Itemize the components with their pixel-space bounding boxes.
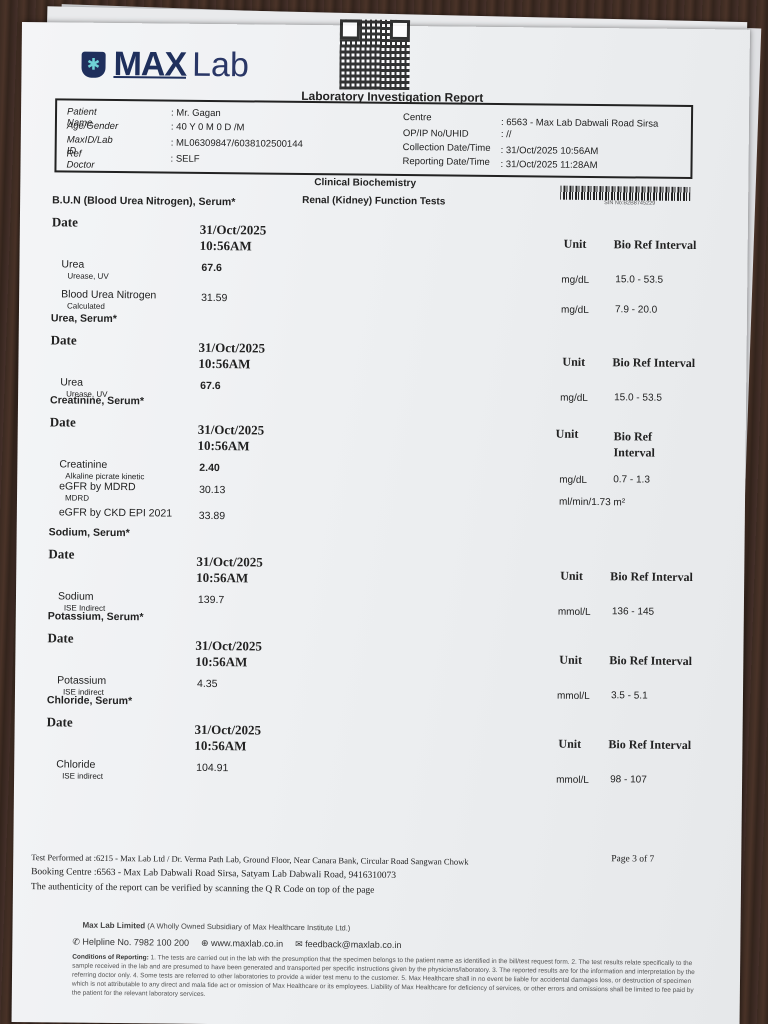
- parameter-name: Urea: [61, 258, 84, 270]
- max-lab-logo: ✱ MAX Lab: [81, 45, 249, 86]
- time-value: 10:56AM: [194, 738, 246, 755]
- ref-doctor: : SELF: [171, 154, 200, 165]
- qr-code-icon: [339, 19, 410, 90]
- parameter-name: eGFR by MDRD: [59, 480, 136, 493]
- label: Age/Gender: [67, 120, 118, 132]
- time-value: 10:56AM: [200, 238, 252, 255]
- unit-header: Unit: [562, 354, 585, 370]
- unit-header: Unit: [556, 426, 579, 442]
- reference-range: 0.7 - 1.3: [613, 474, 650, 485]
- ref-header: Interval: [613, 444, 654, 460]
- lab-report-page: ✱ MAX Lab Laboratory Investigation Repor…: [12, 22, 750, 1024]
- unit-header: Unit: [559, 652, 582, 668]
- logo-max-text: MAX: [113, 45, 186, 85]
- time-value: 10:56AM: [198, 356, 250, 373]
- unit-value: ml/min/1.73 m²: [559, 496, 629, 510]
- barcode-icon: [560, 186, 690, 201]
- reference-range: 136 - 145: [612, 606, 654, 617]
- unit-header: Unit: [558, 736, 581, 752]
- test-title: Sodium, Serum*: [49, 526, 130, 539]
- result-value: 67.6: [201, 262, 222, 274]
- reference-range: 15.0 - 53.5: [615, 274, 663, 286]
- ref-header: Bio Ref Interval: [614, 236, 697, 253]
- method-name: Urease, UV: [67, 271, 108, 280]
- method-name: MDRD: [65, 493, 89, 502]
- test-title: Potassium, Serum*: [48, 610, 144, 623]
- date-label: Date: [51, 332, 77, 348]
- patient-name: : Mr. Gagan: [171, 108, 221, 120]
- date-value: 31/Oct/2025: [198, 422, 265, 439]
- label: Collection Date/Time: [403, 142, 491, 154]
- patient-info-box: Patient Name : Mr. Gagan Age/Gender : 40…: [54, 98, 693, 179]
- time-value: 10:56AM: [195, 654, 247, 671]
- result-value: 33.89: [199, 510, 225, 522]
- contact-line: ✆ Helpline No. 7982 100 200 ⊕ www.maxlab…: [72, 937, 401, 951]
- date-value: 31/Oct/2025: [195, 722, 262, 739]
- parameter-name: Chloride: [56, 758, 95, 770]
- conditions-of-reporting: Conditions of Reporting: 1. The tests ar…: [72, 953, 702, 1005]
- uhid: : //: [501, 129, 512, 140]
- parameter-name: Creatinine: [59, 458, 107, 471]
- conditions-label: Conditions of Reporting:: [72, 954, 149, 962]
- parameter-name: Sodium: [58, 590, 94, 602]
- method-name: ISE indirect: [62, 771, 103, 780]
- ref-header: Bio Ref Interval: [612, 354, 695, 371]
- centre: : 6563 - Max Lab Dabwali Road Sirsa: [501, 117, 658, 130]
- test-title: Chloride, Serum*: [47, 694, 132, 707]
- ref-header: Bio Ref Interval: [609, 652, 692, 669]
- parameter-name: eGFR by CKD EPI 2021: [59, 506, 172, 519]
- ref-header: Bio Ref: [614, 428, 652, 444]
- parameter-name: Blood Urea Nitrogen: [61, 288, 156, 301]
- department-heading: Clinical Biochemistry: [314, 177, 416, 189]
- sin-number: SIN No:B2B8745229: [604, 200, 655, 207]
- label: OP/IP No/UHID: [403, 128, 469, 140]
- mail-icon: ✉: [295, 939, 303, 949]
- date-label: Date: [48, 546, 74, 562]
- date-value: 31/Oct/2025: [199, 340, 266, 357]
- website-url: www.maxlab.co.in: [211, 938, 283, 949]
- time-value: 10:56AM: [197, 438, 249, 455]
- conditions-text: 1. The tests are carried out in the lab …: [72, 954, 695, 998]
- ref-header: Bio Ref Interval: [608, 736, 691, 753]
- reference-range: 15.0 - 53.5: [614, 392, 662, 404]
- lab-id: : ML06309847/6038102500144: [171, 138, 303, 150]
- email-address: feedback@maxlab.co.in: [305, 939, 401, 950]
- time-value: 10:56AM: [196, 570, 248, 587]
- panel-heading: Renal (Kidney) Function Tests: [302, 195, 445, 207]
- date-label: Date: [52, 214, 78, 230]
- result-value: 30.13: [199, 484, 225, 496]
- helpline-number: Helpline No. 7982 100 200: [82, 937, 189, 948]
- date-label: Date: [50, 414, 76, 430]
- date-label: Date: [47, 714, 73, 730]
- helpline: ✆ Helpline No. 7982 100 200: [72, 937, 189, 949]
- reference-range: 3.5 - 5.1: [611, 690, 648, 701]
- report-footer: Test Performed at :6215 - Max Lab Ltd / …: [31, 850, 469, 900]
- globe-icon: ⊕: [201, 938, 209, 948]
- collection-datetime: : 31/Oct/2025 10:56AM: [501, 145, 599, 157]
- test-title: Creatinine, Serum*: [50, 394, 144, 407]
- ref-header: Bio Ref Interval: [610, 568, 693, 585]
- result-value: 67.6: [200, 380, 221, 392]
- result-value: 139.7: [198, 594, 224, 606]
- star-shield-icon: ✱: [81, 51, 105, 77]
- result-value: 31.59: [201, 292, 227, 304]
- unit-header: Unit: [560, 568, 583, 584]
- company-sub: (A Wholly Owned Subsidiary of Max Health…: [147, 921, 350, 932]
- date-value: 31/Oct/2025: [195, 638, 262, 655]
- date-value: 31/Oct/2025: [196, 554, 263, 571]
- label: Reporting Date/Time: [403, 156, 490, 168]
- result-value: 104.91: [196, 762, 228, 774]
- parameter-name: Urea: [60, 376, 83, 388]
- test-title: Urea, Serum*: [51, 312, 117, 325]
- company-name: Max Lab Limited: [82, 921, 145, 931]
- result-value: 2.40: [199, 462, 220, 474]
- reference-range: 7.9 - 20.0: [615, 304, 657, 315]
- label: Centre: [403, 112, 432, 123]
- method-name: Calculated: [67, 301, 105, 310]
- parameter-name: Potassium: [57, 674, 106, 687]
- test-title: B.U.N (Blood Urea Nitrogen), Serum*: [52, 194, 235, 208]
- reporting-datetime: : 31/Oct/2025 11:28AM: [500, 159, 597, 171]
- website: ⊕ www.maxlab.co.in: [201, 938, 283, 950]
- phone-icon: ✆: [72, 937, 80, 947]
- label: Ref Doctor: [66, 148, 94, 170]
- unit-header: Unit: [564, 236, 587, 252]
- result-value: 4.35: [197, 678, 218, 690]
- logo-lab-text: Lab: [192, 46, 249, 86]
- authenticity-note: The authenticity of the report can be ve…: [31, 880, 468, 900]
- date-value: 31/Oct/2025: [200, 222, 267, 239]
- reference-range: 98 - 107: [610, 774, 647, 785]
- age-gender: : 40 Y 0 M 0 D /M: [171, 122, 245, 134]
- email: ✉ feedback@maxlab.co.in: [295, 939, 401, 951]
- page-number: Page 3 of 7: [611, 854, 654, 864]
- company-line: Max Lab Limited (A Wholly Owned Subsidia…: [82, 921, 350, 933]
- date-label: Date: [47, 630, 73, 646]
